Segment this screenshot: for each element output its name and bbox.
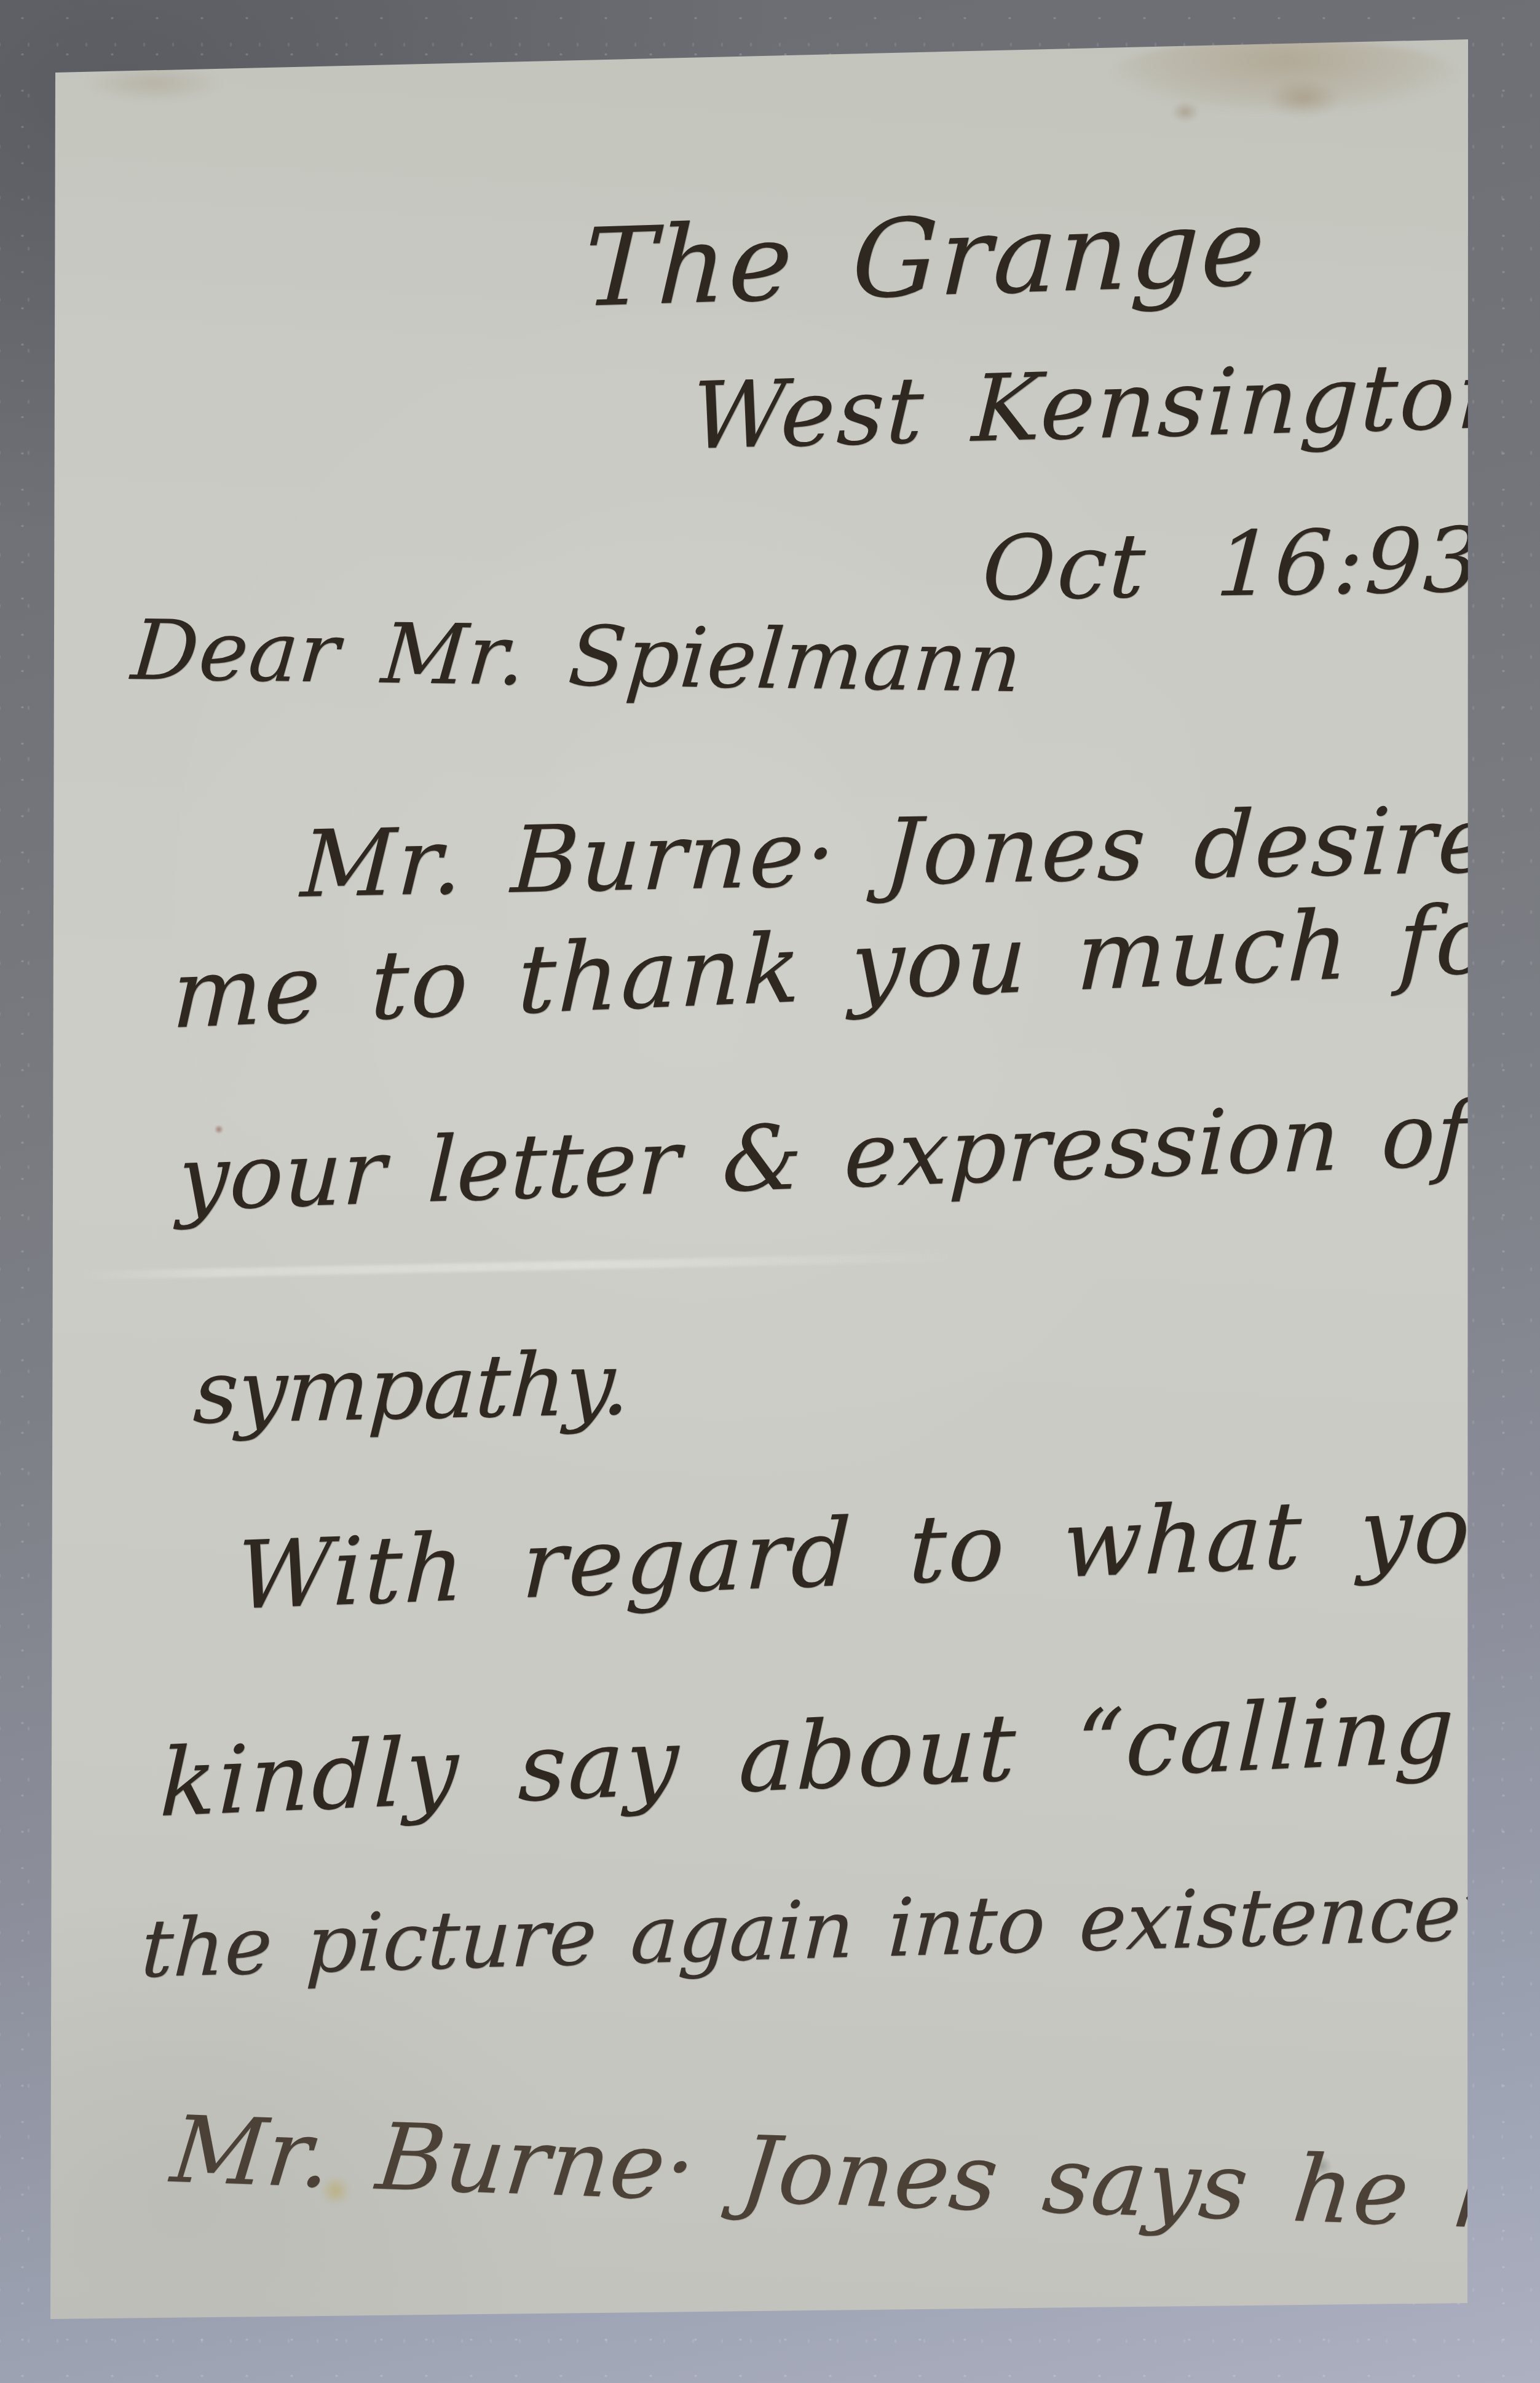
salutation-line: Dear Mr. Spielmann — [128, 609, 1025, 704]
body-line-4: sympathy. — [192, 1340, 632, 1437]
paper-stain — [86, 65, 221, 101]
paper-stain — [1171, 101, 1199, 122]
paper-stain — [1266, 80, 1340, 117]
body-line-8: Mr. Burne· Jones says he has — [167, 2104, 1540, 2247]
paper-crease — [80, 1252, 1002, 1279]
body-line-5: With regard to what you — [235, 1480, 1536, 1623]
address-line-2: West Kensington — [690, 349, 1520, 463]
body-line-3: your letter & expression of — [176, 1089, 1471, 1224]
photo-backdrop: The Grange West Kensington Oct 16:93. De… — [0, 0, 1540, 2383]
letter-paper: The Grange West Kensington Oct 16:93. De… — [0, 0, 1540, 2383]
paper-stain — [1113, 38, 1457, 112]
body-line-6: kindly say about “calling — [159, 1682, 1457, 1830]
date-line: Oct 16:93. — [980, 515, 1515, 614]
body-line-7: the picture again into existence” — [140, 1871, 1503, 1989]
address-line-1: The Grange — [582, 194, 1269, 323]
